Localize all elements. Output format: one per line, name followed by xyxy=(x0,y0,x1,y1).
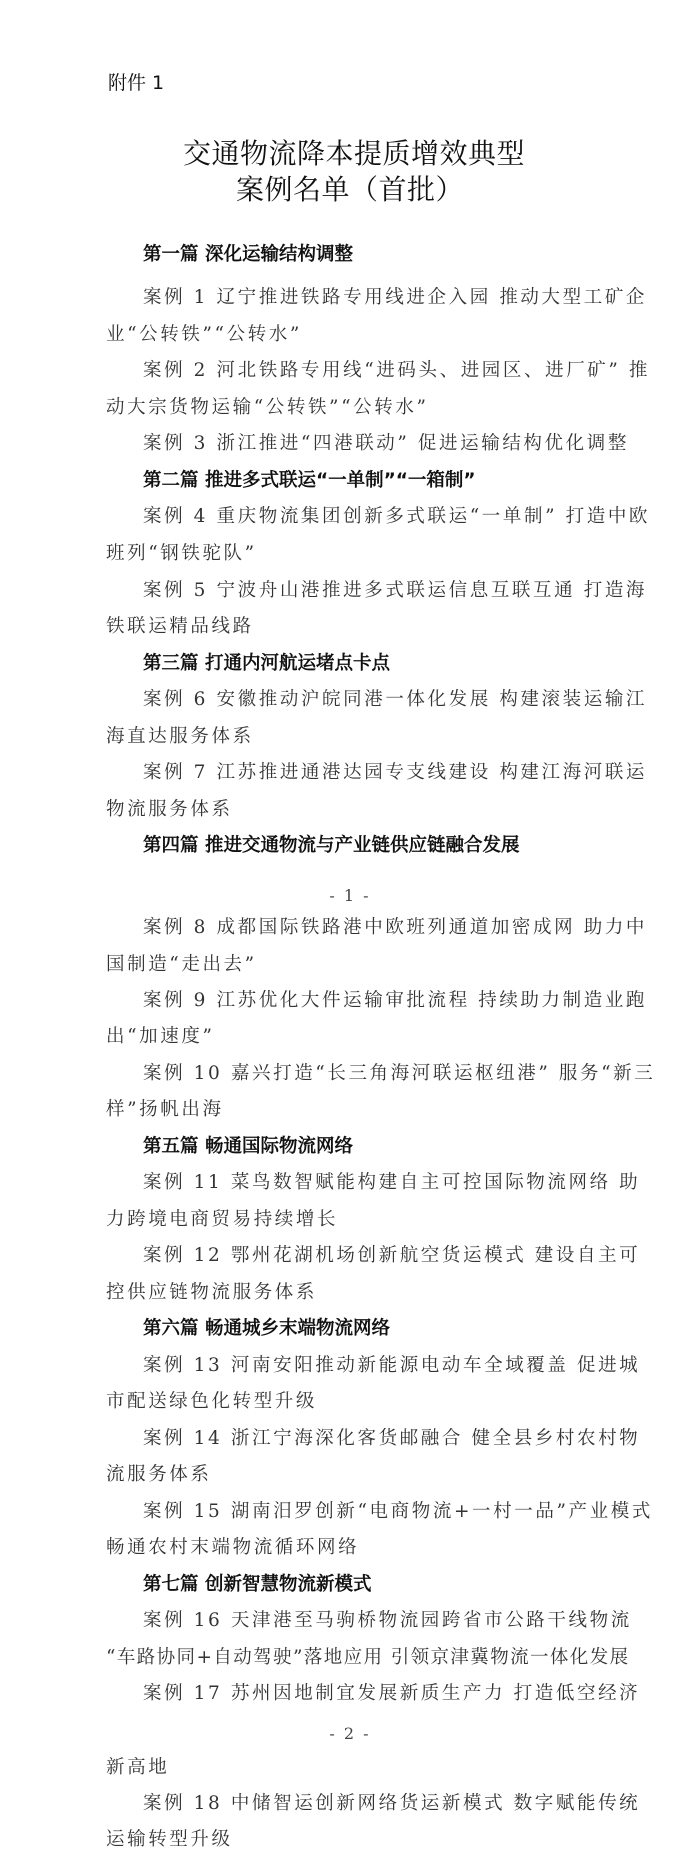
case-item: 案例 16 天津港至马驹桥物流园跨省市公路干线物流 xyxy=(143,1606,632,1632)
case-item-continuation: 新高地 xyxy=(106,1753,169,1779)
attachment-label: 附件 1 xyxy=(108,68,164,95)
case-item-continuation: 出“加速度” xyxy=(106,1022,215,1048)
case-item: 案例 8 成都国际铁路港中欧班列通道加密成网 助力中 xyxy=(143,913,647,939)
case-item: 案例 1 辽宁推进铁路专用线进企入园 推动大型工矿企 xyxy=(143,283,647,309)
page-number: - 2 - xyxy=(0,1724,700,1743)
case-item: 案例 17 苏州因地制宜发展新质生产力 打造低空经济 xyxy=(143,1679,640,1705)
document-title-line1: 交通物流降本提质增效典型 xyxy=(183,132,525,172)
case-item-continuation: 控供应链物流服务体系 xyxy=(106,1278,317,1304)
case-item: 案例 12 鄂州花湖机场创新航空货运模式 建设自主可 xyxy=(143,1241,640,1267)
case-item: 案例 4 重庆物流集团创新多式联运“一单制” 打造中欧 xyxy=(143,502,650,528)
case-item: 案例 3 浙江推进“四港联动” 促进运输结构优化调整 xyxy=(143,429,629,455)
case-item-continuation: 国制造“走出去” xyxy=(106,950,257,976)
case-item-continuation: 物流服务体系 xyxy=(106,795,233,821)
case-item: 案例 14 浙江宁海深化客货邮融合 健全县乡村农村物 xyxy=(143,1424,640,1450)
case-item-continuation: 畅通农村末端物流循环网络 xyxy=(106,1533,359,1559)
case-item: 案例 11 菜鸟数智赋能构建自主可控国际物流网络 助 xyxy=(143,1168,640,1194)
case-item-continuation: 业“公转铁”“公转水” xyxy=(106,320,302,346)
case-item: 案例 15 湖南汨罗创新“电商物流+一村一品”产业模式 xyxy=(143,1497,653,1523)
chapter-heading: 第六篇 畅通城乡末端物流网络 xyxy=(143,1314,390,1340)
case-item: 案例 6 安徽推动沪皖同港一体化发展 构建滚装运输江 xyxy=(143,685,647,711)
case-item-continuation: 力跨境电商贸易持续增长 xyxy=(106,1205,338,1231)
chapter-heading: 第四篇 推进交通物流与产业链供应链融合发展 xyxy=(143,831,519,857)
case-item-continuation: “车路协同+自动驾驶”落地应用 引领京津冀物流一体化发展 xyxy=(106,1643,630,1669)
chapter-heading: 第五篇 畅通国际物流网络 xyxy=(143,1132,353,1158)
document-title-line2: 案例名单（首批） xyxy=(236,168,464,208)
case-item-continuation: 运输转型升级 xyxy=(106,1825,233,1851)
case-item-continuation: 流服务体系 xyxy=(106,1460,212,1486)
chapter-heading: 第一篇 深化运输结构调整 xyxy=(143,240,353,266)
case-item-continuation: 铁联运精品线路 xyxy=(106,612,254,638)
case-item-continuation: 海直达服务体系 xyxy=(106,722,254,748)
case-item: 案例 5 宁波舟山港推进多式联运信息互联互通 打造海 xyxy=(143,576,647,602)
case-item: 案例 9 江苏优化大件运输审批流程 持续助力制造业跑 xyxy=(143,986,647,1012)
case-item: 案例 10 嘉兴打造“长三角海河联运枢纽港” 服务“新三 xyxy=(143,1059,655,1085)
chapter-heading: 第二篇 推进多式联运“一单制”“一箱制” xyxy=(143,466,476,492)
case-item-continuation: 样”扬帆出海 xyxy=(106,1095,224,1121)
case-item-continuation: 市配送绿色化转型升级 xyxy=(106,1387,317,1413)
case-item: 案例 2 河北铁路专用线“进码头、进园区、进厂矿” 推 xyxy=(143,356,650,382)
case-item: 案例 13 河南安阳推动新能源电动车全域覆盖 促进城 xyxy=(143,1351,640,1377)
chapter-heading: 第三篇 打通内河航运堵点卡点 xyxy=(143,649,390,675)
chapter-heading: 第七篇 创新智慧物流新模式 xyxy=(143,1570,371,1596)
page-number: - 1 - xyxy=(0,886,700,905)
case-item: 案例 7 江苏推进通港达园专支线建设 构建江海河联运 xyxy=(143,758,647,784)
case-item-continuation: 动大宗货物运输“公转铁”“公转水” xyxy=(106,393,429,419)
case-item: 案例 18 中储智运创新网络货运新模式 数字赋能传统 xyxy=(143,1789,640,1815)
case-item-continuation: 班列“钢铁驼队” xyxy=(106,539,257,565)
